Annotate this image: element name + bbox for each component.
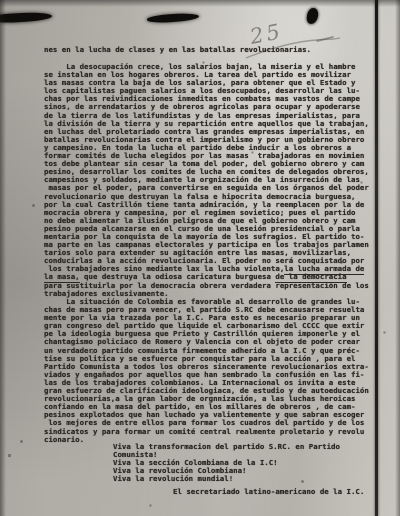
paragraph-1: La desocupación crece, los salarios baja… <box>44 63 369 298</box>
slogans-block: Viva la transformacion del partido S.RC.… <box>113 443 340 483</box>
ink-smudge-top-right <box>306 7 319 24</box>
ink-smudge-top-center <box>147 12 199 24</box>
scan-top-edge-shadow <box>0 0 400 7</box>
page-fold-line <box>375 0 378 516</box>
slogan-line: Viva la revolución mundial! <box>113 475 340 483</box>
paragraph-2: La situación de Colombia es favorable al… <box>44 298 369 444</box>
scan-right-edge-shadow <box>395 0 400 516</box>
ink-smudge-top-left <box>0 11 52 23</box>
signature-block: El secretariado latino-americano de la I… <box>173 488 364 496</box>
scanned-document-page: 25 nes en la lucha de clases y en las ba… <box>0 0 400 516</box>
signature-line: El secretariado latino-americano de la I… <box>173 488 364 496</box>
paper-speckles <box>0 0 1 1</box>
pencil-flourish-stroke <box>244 26 344 62</box>
scan-left-edge-shadow <box>0 0 6 516</box>
opening-line-block: nes en la lucha de clases y en las batal… <box>44 46 311 54</box>
text-line: sindicatos y para formar un comité centr… <box>44 428 369 436</box>
text-line: nes en la lucha de clases y en las batal… <box>44 46 311 54</box>
